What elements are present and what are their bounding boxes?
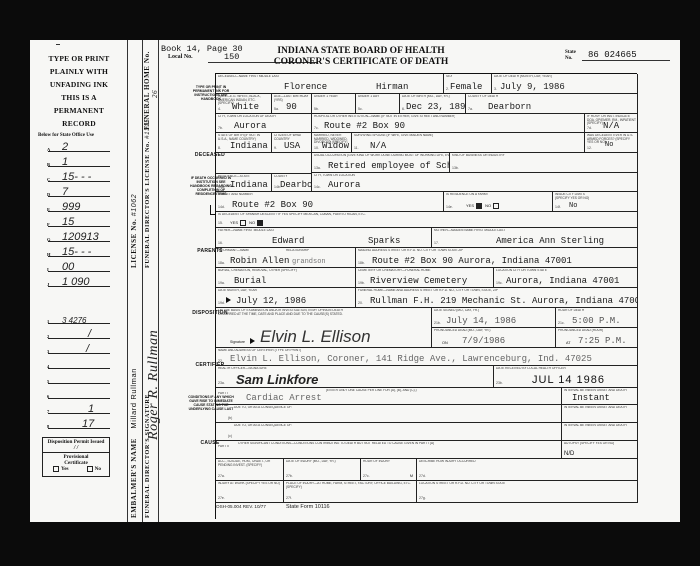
residence-state-field: RESIDENCE—STATE14a. Indiana bbox=[216, 173, 272, 192]
residence-county-value: Dearborn bbox=[280, 180, 312, 190]
place-injury-field: PLACE OF INJURY—At home, farm, street, f… bbox=[284, 481, 417, 503]
immediate-cause-field: (ENTER ONLY ONE CAUSE PER LINE FOR (a), … bbox=[216, 388, 562, 405]
hospital-status-value: N/A bbox=[603, 121, 619, 131]
funeral-director-license: FUNERAL DIRECTOR'S LICENSE No. #1315 bbox=[144, 119, 151, 268]
office-code-f: F15 bbox=[48, 215, 110, 227]
hispanic-yes-checkbox[interactable] bbox=[240, 220, 246, 226]
informant-value: Robin Allen bbox=[230, 256, 289, 266]
received-date-stamp: JUL 14 1986 bbox=[532, 374, 605, 386]
city-death-value: Aurora bbox=[234, 121, 266, 131]
divider bbox=[127, 40, 128, 522]
under-1-year-field: UNDER 1 YEAR5b. bbox=[312, 94, 356, 114]
occupation-field: USUAL OCCUPATION (Give kind of work done… bbox=[312, 153, 450, 173]
cause-code-4: 4 bbox=[48, 357, 110, 369]
street-field: STREET AND NUMBER14d. Route #2 Box 90 bbox=[216, 192, 444, 212]
instr-line: RECORD bbox=[34, 117, 124, 130]
death-date-value: July 9, 1986 bbox=[500, 82, 565, 92]
injury-date-field: DATE OF INJURY (Mo., Day, Yr.)27b. bbox=[284, 459, 361, 481]
health-officer-field: HEALTH OFFICER—Signature23a. Sam Linkfor… bbox=[216, 366, 494, 388]
office-code-j: J1 090 bbox=[48, 275, 110, 287]
cause-code-2: 2/ bbox=[48, 327, 110, 339]
cause-code-3: 3/ bbox=[48, 342, 110, 354]
embalmer-name: EMBALMER'S NAME Millard Rullman bbox=[129, 368, 138, 518]
title-line-1: INDIANA STATE BOARD OF HEALTH bbox=[256, 46, 466, 57]
pronounced-date-value: 7/9/1986 bbox=[462, 336, 505, 346]
funeral-home-field: FUNERAL HOME—NAME AND ADDRESS STREET OR … bbox=[356, 288, 638, 308]
hispanic-no-checkbox[interactable] bbox=[257, 220, 263, 226]
cemetery-field: CEMETERY OR CREMATORY—FUNERAL HOME19b. R… bbox=[356, 268, 494, 288]
father-last: Sparks bbox=[368, 236, 400, 246]
certifier-signature-field: On the basis of examination and/or inves… bbox=[216, 308, 432, 348]
pronounced-hour-field: PRONOUNCED DEAD (Hour) AT 7:25 P.M. bbox=[556, 328, 638, 348]
checkbox-no[interactable] bbox=[87, 466, 93, 472]
residence-city-field: CITY, TOWN OR LOCATION14c. Aurora bbox=[312, 173, 638, 192]
decedent-name-field: DECEASED—NAME FIRST MIDDLE LAST 1. Flore… bbox=[216, 74, 444, 94]
race-field: RACE—e.g. White, Black, American Indian,… bbox=[216, 94, 272, 114]
cause-code-5: 5 bbox=[48, 372, 110, 384]
title-line-2: CORONER'S CERTIFICATE OF DEATH bbox=[256, 57, 466, 68]
instr-line: UNFADING INK bbox=[34, 78, 124, 91]
divider bbox=[158, 40, 159, 522]
armed-forces-field: WAS DECEDENT EVER IN U.S. ARMED FORCES? … bbox=[585, 133, 638, 153]
citizen-field: CITIZEN OF WHAT COUNTRY9. USA bbox=[272, 133, 312, 153]
immediate-cause-value: Cardiac Arrest bbox=[246, 393, 322, 403]
interval-value: Instant bbox=[572, 393, 610, 403]
father-first: Edward bbox=[272, 236, 304, 246]
date-signed-field: DATE SIGNED (Mo., Day, Yr.)21b. July 14,… bbox=[432, 308, 556, 328]
mailing-address-field: MAILING ADDRESS STREET OR R.F.D. NO. CIT… bbox=[356, 248, 638, 268]
father-name-field: FATHER—NAME FIRST MIDDLE LAST16. Edward … bbox=[216, 228, 432, 248]
permit-value: / / bbox=[43, 445, 109, 451]
injury-hour-field: HOUR OF INJURY27c. M bbox=[361, 459, 417, 481]
business-field: KIND OF BUSINESS OR INDUSTRY13b. bbox=[450, 153, 638, 173]
state-no: 86 024665 bbox=[582, 50, 670, 61]
city-limits-field: INSIDE CITY LIMITS (Specify Yes or No)14… bbox=[553, 192, 638, 212]
checkbox-yes[interactable] bbox=[53, 466, 59, 472]
office-code-e: E999 bbox=[48, 200, 110, 212]
state-no-label: State No. bbox=[565, 50, 581, 62]
state-form-number: State Form 10116 bbox=[286, 504, 330, 510]
interval-c-field: Interval between onset and death bbox=[562, 423, 638, 441]
certifier-name-field: NAME AND ADDRESS OF CERTIFIER (Type or P… bbox=[216, 348, 638, 366]
provisional-no[interactable]: No bbox=[85, 466, 101, 472]
burial-field: BURIAL, CREMATION, REMOVAL, OTHER (Speci… bbox=[216, 268, 356, 288]
type-instructions: TYPE OR PRINT PLAINLY WITH UNFADING INK … bbox=[34, 52, 124, 130]
blank-area bbox=[216, 153, 312, 173]
spouse-value: N/A bbox=[370, 141, 386, 151]
office-code-d: D7 bbox=[48, 185, 110, 197]
race-value: White bbox=[232, 102, 259, 112]
hour-death-value: 5:00 P.M. bbox=[572, 316, 621, 326]
hour-death-field: HOUR OF DEATH21c. 5:00 P.M. bbox=[556, 308, 638, 328]
residence-city-value: Aurora bbox=[328, 180, 360, 190]
under-1-day-field: UNDER 1 DAY5c. bbox=[356, 94, 400, 114]
citizen-value: USA bbox=[284, 141, 300, 151]
due-to-c-field: DUE TO, OR AS A CONSEQUENCE OF:(c) bbox=[216, 423, 562, 441]
cause-code-6: 6 bbox=[48, 387, 110, 399]
sex-value: Female bbox=[450, 82, 482, 92]
date-received-field: DATE RECEIVED BY LOCAL HEALTH OFFICER23b… bbox=[494, 366, 638, 388]
marital-value: Widow bbox=[322, 141, 349, 151]
burial-date-value: July 12, 1986 bbox=[236, 296, 306, 306]
funeral-director-signature: Roger R. Rullman bbox=[146, 330, 162, 440]
hispanic-options: YES NO bbox=[230, 220, 265, 226]
birth-state-field: STATE OF BIRTH (If not in U.S.A., name c… bbox=[216, 133, 272, 153]
instr-line: THIS IS A bbox=[34, 91, 124, 104]
certificate-grid: DECEASED—NAME FIRST MIDDLE LAST 1. Flore… bbox=[215, 73, 637, 519]
signature-label: Signature bbox=[230, 340, 245, 344]
first-name: Florence bbox=[284, 82, 327, 92]
last-name: Hirman bbox=[376, 82, 408, 92]
spanish-descent-field: IS DECEDENT OF SPANISH DESCENT? IF YES S… bbox=[216, 212, 638, 228]
pronounced-date-field: PRONOUNCED DEAD (Mo., Day, Yr.) ON 7/9/1… bbox=[432, 328, 556, 348]
injury-at-work-field: INJURY AT WORK (Specify Yes or No)27e. bbox=[216, 481, 284, 503]
office-code-g: G120913 bbox=[48, 230, 110, 242]
provisional-yes[interactable]: Yes bbox=[51, 466, 69, 472]
burial-value: Burial bbox=[234, 276, 266, 286]
arrow-icon bbox=[250, 338, 255, 344]
birth-date-field: DATE OF BIRTH (Mo., Day, Yr.)6. Dec 23, … bbox=[400, 94, 466, 114]
cemetery-value: Riverview Cemetery bbox=[370, 276, 467, 286]
spouse-field: SURVIVING SPOUSE (If wife, give maiden n… bbox=[352, 133, 585, 153]
mark bbox=[56, 44, 60, 45]
office-code-i: I00 bbox=[48, 260, 110, 272]
office-code-b: B1 bbox=[48, 155, 110, 167]
age-field: AGE—Last Birthday (Yrs)5a. 90 bbox=[272, 94, 312, 114]
instructions-panel: TYPE OR PRINT PLAINLY WITH UNFADING INK … bbox=[30, 40, 125, 522]
interval-a-field: Interval between onset and death Instant bbox=[562, 388, 638, 405]
state-office-label: Below for State Office Use bbox=[38, 133, 94, 138]
other-conditions-field: OTHER SIGNIFICANT CONDITIONS—Conditions … bbox=[216, 441, 562, 459]
relationship-value: grandson bbox=[292, 258, 326, 266]
injury-description-field: DESCRIBE HOW INJURY OCCURRED27d. bbox=[417, 459, 638, 481]
marital-field: MARRIED, NEVER MARRIED, WIDOWED, DIVORCE… bbox=[312, 133, 352, 153]
instr-line: TYPE OR PRINT bbox=[34, 52, 124, 65]
instr-line: PERMANENT bbox=[34, 104, 124, 117]
birth-state-value: Indiana bbox=[230, 141, 268, 151]
office-code-a: A2 bbox=[48, 140, 110, 152]
pronounced-hour-value: 7:25 P.M. bbox=[578, 336, 627, 346]
county-death-field: COUNTY OF DEATH7a. Dearborn bbox=[466, 94, 638, 114]
mailing-value: Route #2 Box 90 Aurora, Indiana 47001 bbox=[372, 256, 572, 266]
residence-county-field: COUNTY14b. Dearborn bbox=[272, 173, 312, 192]
informant-field: INFORMANT—NAME RELATIONSHIP 18a. Robin A… bbox=[216, 248, 356, 268]
hospital-status-field: IF HOSP. OR INST. Indicate DOA, OP/Emer.… bbox=[585, 114, 638, 133]
funeral-home-value: Rullman F.H. 219 Mechanic St. Aurora, In… bbox=[370, 296, 638, 306]
city-death-field: CITY, TOWN OR LOCATION OF DEATH7b. Auror… bbox=[216, 114, 312, 133]
farm-options: YES NO bbox=[466, 203, 501, 209]
farm-field: IS RESIDENCE ON A FARM?14e. YES NO bbox=[444, 192, 553, 212]
arrow-icon bbox=[226, 297, 231, 303]
form-title: INDIANA STATE BOARD OF HEALTH CORONER'S … bbox=[256, 46, 466, 68]
health-officer-signature: Sam Linkfore bbox=[236, 372, 318, 387]
mother-value: America Ann Sterling bbox=[496, 236, 604, 246]
burial-date-field: DATE MONTH, DAY, YEAR19d. July 12, 1986 bbox=[216, 288, 356, 308]
sex-field: SEX2. Female bbox=[444, 74, 492, 94]
burial-location-field: LOCATION CITY OR TOWN STATE19c. Aurora, … bbox=[494, 268, 638, 288]
death-certificate-sheet: TYPE OR PRINT PLAINLY WITH UNFADING INK … bbox=[30, 40, 680, 522]
cause-code-8: 817 bbox=[48, 417, 110, 429]
autopsy-field: AUTOPSY (Specify Yes or No) N/D bbox=[562, 441, 638, 459]
age-value: 90 bbox=[286, 102, 297, 112]
license-no-label: LICENSE No. #1062 bbox=[130, 194, 138, 268]
cause-code-7: 71 bbox=[48, 402, 110, 414]
instr-line: PLAINLY WITH bbox=[34, 65, 124, 78]
certifier-name-value: Elvin L. Ellison, Coroner, 141 Ridge Ave… bbox=[230, 354, 592, 364]
office-code-h: H15- - - bbox=[48, 245, 110, 257]
disposition-permit-box: Disposition Permit Issued / / Provisiona… bbox=[42, 437, 110, 477]
date-signed-value: July 14, 1986 bbox=[446, 316, 516, 326]
hospital-field: HOSPITAL OR OTHER INSTITUTION—Name (If n… bbox=[312, 114, 585, 133]
provisional-label: Provisional Certificate bbox=[43, 452, 109, 466]
occupation-value: Retired employee of Schenley Distillery bbox=[328, 161, 450, 171]
form-code: OSH-05.004 REV. 10/77 bbox=[216, 504, 266, 509]
local-no-label: Local No. bbox=[168, 54, 193, 60]
farm-yes-checkbox[interactable] bbox=[476, 203, 482, 209]
office-code-c: C15- - - bbox=[48, 170, 110, 182]
interval-b-field: Interval between onset and death bbox=[562, 405, 638, 423]
death-date-field: DATE OF DEATH (Month, Day, Year)3. July … bbox=[492, 74, 638, 94]
farm-no-checkbox[interactable] bbox=[493, 203, 499, 209]
certifier-signature: Elvin L. Ellison bbox=[260, 327, 371, 347]
autopsy-value: N/D bbox=[564, 451, 574, 457]
hospital-value: Route #2 Box 90 bbox=[324, 121, 405, 131]
due-to-b-field: DUE TO, OR AS A CONSEQUENCE OF:(b) bbox=[216, 405, 562, 423]
accident-type-field: ACC., SUICIDE, HOM., UNDET., OR PENDING … bbox=[216, 459, 284, 481]
funeral-home-no: 26 bbox=[151, 90, 159, 98]
cause-code-1: 13 4276 bbox=[48, 312, 110, 324]
city-limits-value: No bbox=[569, 202, 577, 210]
mother-name-field: MOTHER—MAIDEN NAME FIRST MIDDLE LAST17. … bbox=[432, 228, 638, 248]
county-death-value: Dearborn bbox=[488, 102, 531, 112]
injury-location-field: LOCATION STREET OR R.F.D. NO. CITY OR TO… bbox=[417, 481, 638, 503]
location-value: Aurora, Indiana 47001 bbox=[506, 276, 619, 286]
street-value: Route #2 Box 90 bbox=[232, 200, 313, 210]
dob-value: Dec 23, 1895 bbox=[406, 102, 466, 112]
permit-label: Disposition Permit Issued bbox=[43, 438, 109, 445]
armed-forces-value: No bbox=[605, 141, 613, 149]
residence-state-value: Indiana bbox=[230, 180, 268, 190]
